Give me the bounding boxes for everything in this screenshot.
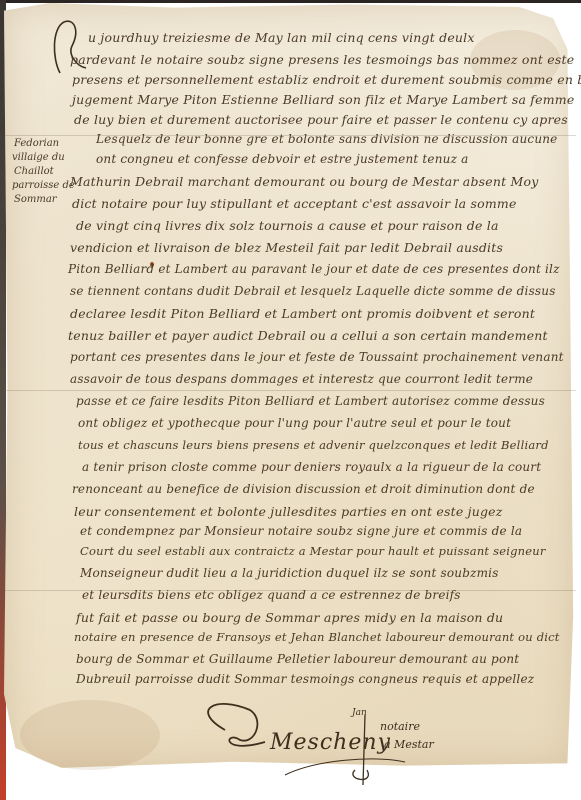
text-line: fut fait et passe ou bourg de Sommar apr… xyxy=(76,610,503,625)
margin-note: villaige du xyxy=(12,152,65,163)
text-line: dict notaire pour luy stipullant et acce… xyxy=(72,196,517,211)
text-line: jugement Marye Piton Estienne Belliard s… xyxy=(72,92,574,107)
text-line: Lesquelz de leur bonne gre et bolonte sa… xyxy=(96,132,558,146)
text-line: tous et chascuns leurs biens presens et … xyxy=(78,438,549,452)
text-line: et condempnez par Monsieur notaire soubz… xyxy=(80,524,522,538)
text-line: ont congneu et confesse debvoir et estre… xyxy=(96,152,469,166)
text-line: bourg de Sommar et Guillaume Pelletier l… xyxy=(76,652,519,666)
text-line: se tiennent contans dudit Debrail et les… xyxy=(70,284,556,298)
text-line: portant ces presentes dans le jour et fe… xyxy=(70,350,564,364)
margin-note: parroisse de xyxy=(12,180,75,191)
text-line: Monseigneur dudit lieu a la juridiction … xyxy=(80,566,499,580)
text-line: u jourdhuy treiziesme de May lan mil cin… xyxy=(88,30,475,45)
text-line: passe et ce faire lesdits Piton Belliard… xyxy=(76,394,545,408)
text-line: vendicion et livraison de blez Mesteil f… xyxy=(70,240,503,255)
text-line: tenuz bailler et payer audict Debrail ou… xyxy=(68,328,548,343)
text-line: notaire en presence de Fransoys et Jehan… xyxy=(74,630,560,644)
text-line: ont obligez et ypothecque pour l'ung pou… xyxy=(78,416,511,430)
text-line: et leursdits biens etc obligez quand a c… xyxy=(82,588,461,602)
text-line: assavoir de tous despans dommages et int… xyxy=(70,372,533,386)
text-line: de vingt cinq livres dix solz tournois a… xyxy=(76,218,499,233)
text-line: declaree lesdit Piton Belliard et Lamber… xyxy=(70,306,535,321)
text-line: leur consentement et bolonte jullesdites… xyxy=(74,504,503,519)
signature-flourish-label: Jan xyxy=(352,708,367,718)
text-line: Piton Belliard et Lambert au paravant le… xyxy=(68,262,560,276)
text-line: de luy bien et durement auctorisee pour … xyxy=(74,112,568,127)
signature-place: a Mestar xyxy=(384,738,434,751)
margin-note: Fedorian xyxy=(14,138,59,149)
margin-note: Sommar xyxy=(14,194,57,205)
signature-title: notaire xyxy=(380,720,420,733)
text-line: a tenir prison closte comme pour deniers… xyxy=(82,460,541,474)
manuscript-text: u jourdhuy treiziesme de May lan mil cin… xyxy=(0,0,581,800)
text-line: renonceant au benefice de division discu… xyxy=(72,482,535,496)
margin-note: Chaillot xyxy=(14,166,54,177)
text-line: pardevant le notaire soubz signe presens… xyxy=(70,52,574,67)
text-line: Dubreuil parroisse dudit Sommar tesmoing… xyxy=(76,672,534,686)
text-line: Mathurin Debrail marchant demourant ou b… xyxy=(70,174,539,189)
text-line: Court du seel establi aux contraictz a M… xyxy=(80,544,546,558)
signature-name: Mescheny xyxy=(270,730,391,755)
text-line: presens et personnellement establiz endr… xyxy=(72,72,581,87)
